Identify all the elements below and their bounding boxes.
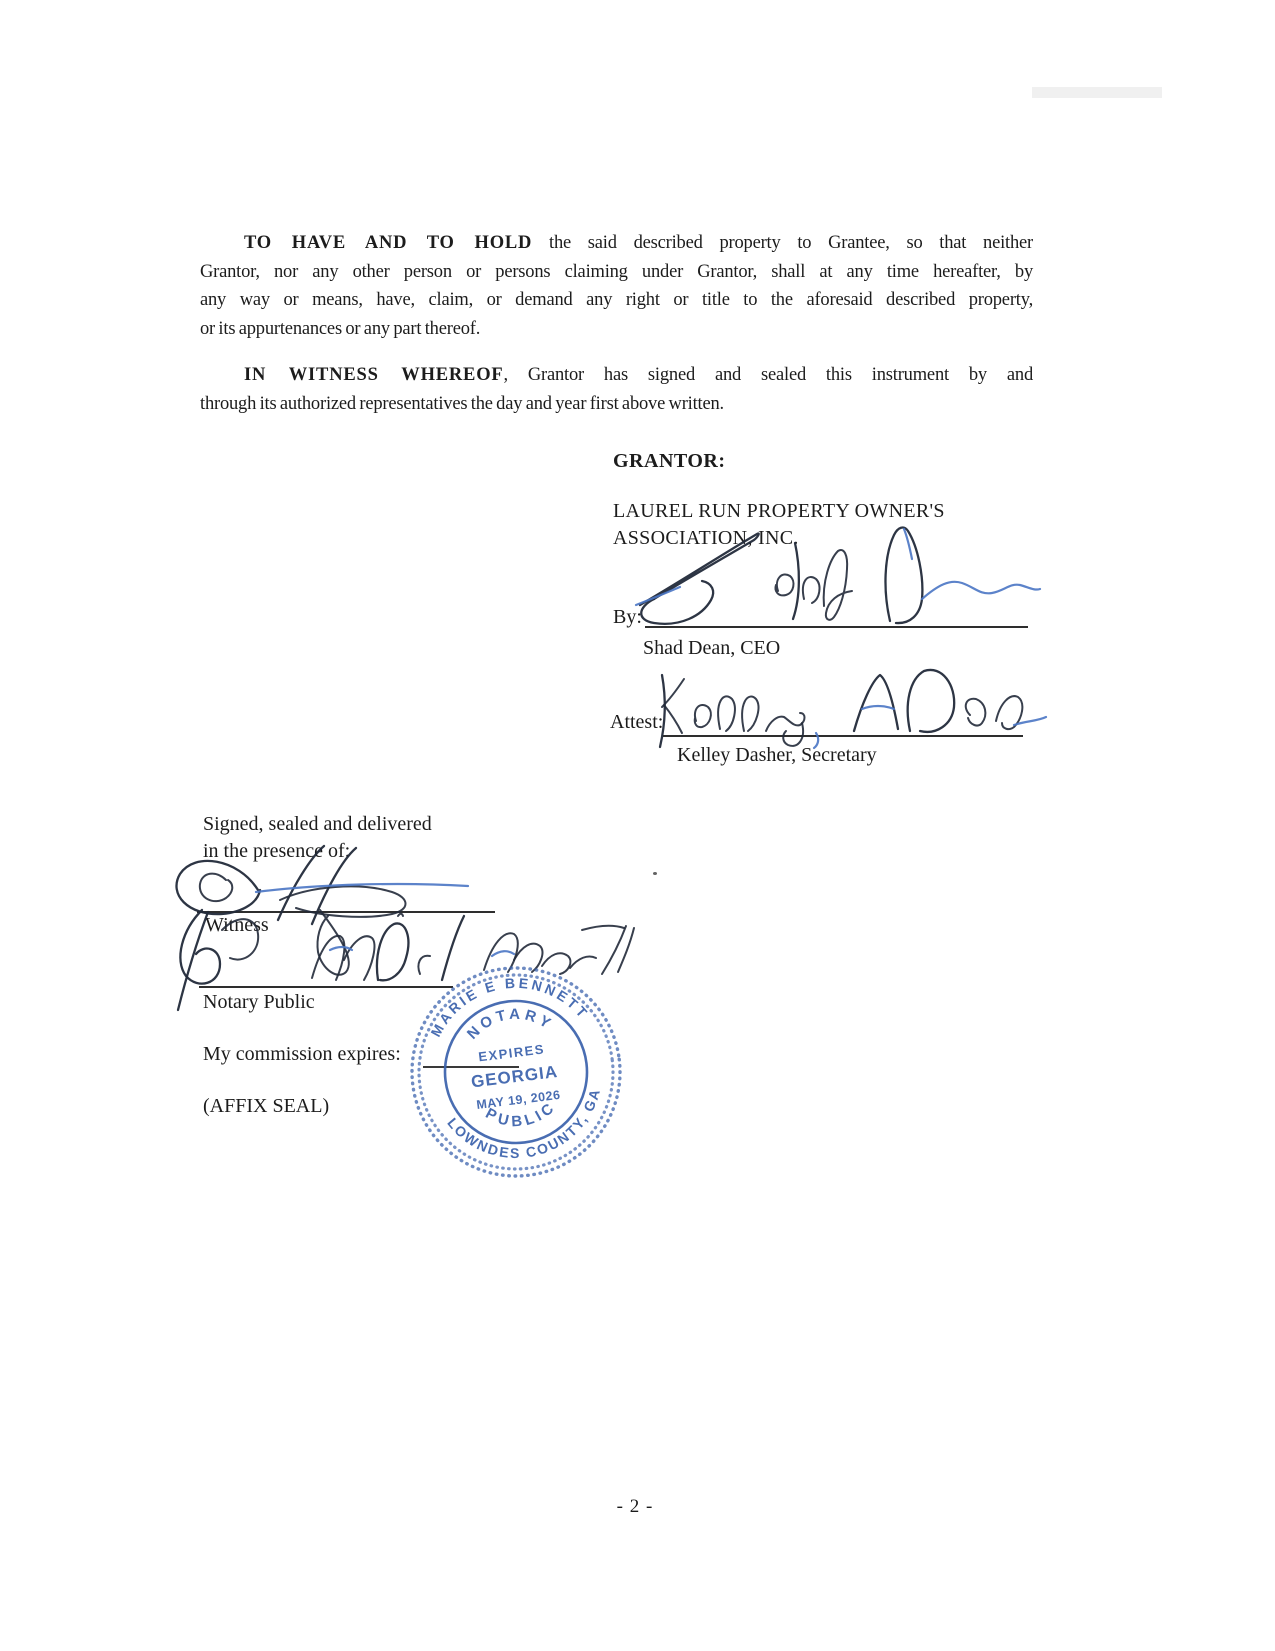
page-number: - 2 - xyxy=(560,1496,710,1518)
attest-label: Attest: xyxy=(610,711,663,734)
seal-county-bottom: LOWNDES COUNTY, GA xyxy=(442,1084,611,1170)
scan-artifact xyxy=(1032,87,1162,98)
svg-text:NOTARY: NOTARY xyxy=(461,1000,558,1044)
commission-expires-label: My commission expires: xyxy=(203,1043,401,1066)
seal-dotted-ring-outer xyxy=(406,962,626,1182)
notary-public-label: Notary Public xyxy=(203,991,315,1014)
seal-date-text: MAY 19, 2026 xyxy=(476,1088,562,1112)
by-signature-line xyxy=(645,626,1028,628)
paragraph-line: IN WITNESS WHEREOF, Grantor has signed a… xyxy=(200,361,1033,390)
notary-seal-stamp: MARIE E BENNETT LOWNDES COUNTY, GA NOTAR… xyxy=(406,962,626,1182)
attest-signature-line xyxy=(663,735,1023,737)
by-name-title: Shad Dean, CEO xyxy=(643,637,780,660)
paragraph-line: Grantor, nor any other person or persons… xyxy=(200,258,1033,287)
scanned-document-page: TO HAVE AND TO HOLD the said described p… xyxy=(0,0,1275,1651)
attest-name-title: Kelley Dasher, Secretary xyxy=(677,744,877,767)
paragraph-line: any way or means, have, claim, or demand… xyxy=(200,286,1033,315)
seal-notary-arc: NOTARY xyxy=(461,1000,558,1044)
svg-text:LOWNDES COUNTY, GA: LOWNDES COUNTY, GA xyxy=(442,1084,611,1170)
by-label: By: xyxy=(613,606,642,629)
grantor-company-line1: LAUREL RUN PROPERTY OWNER'S xyxy=(613,500,945,523)
paragraph-to-have-and-to-hold: TO HAVE AND TO HOLD the said described p… xyxy=(200,229,1033,343)
witness-label: Witness xyxy=(205,914,269,937)
presence-line1: Signed, sealed and delivered xyxy=(203,813,432,836)
svg-text:MARIE E BENNETT: MARIE E BENNETT xyxy=(422,965,594,1041)
paragraph-line: TO HAVE AND TO HOLD the said described p… xyxy=(200,229,1033,258)
seal-dotted-ring-inner xyxy=(408,964,624,1180)
seal-name-top: MARIE E BENNETT xyxy=(422,965,594,1041)
affix-seal-label: (AFFIX SEAL) xyxy=(203,1095,329,1118)
notary-signature-line xyxy=(199,986,453,988)
grantor-heading: GRANTOR: xyxy=(613,450,726,473)
seal-inner-circle xyxy=(437,993,595,1151)
paragraph-line: or its appurtenances or any part thereof… xyxy=(200,315,1033,344)
svg-text:PUBLIC: PUBLIC xyxy=(481,1097,562,1135)
paragraph-in-witness-whereof: IN WITNESS WHEREOF, Grantor has signed a… xyxy=(200,361,1033,418)
seal-public-arc: PUBLIC xyxy=(481,1097,562,1135)
commission-date-line xyxy=(423,1066,519,1068)
ink-speck xyxy=(653,872,657,875)
grantor-company-line2: ASSOCIATION, INC. xyxy=(613,527,799,550)
witness-signature-line xyxy=(197,911,495,913)
seal-expires-text: EXPIRES xyxy=(478,1041,546,1064)
presence-line2: in the presence of: xyxy=(203,840,350,863)
secretary-signature-ink xyxy=(648,663,1048,755)
paragraph-line: through its authorized representatives t… xyxy=(200,390,1033,419)
